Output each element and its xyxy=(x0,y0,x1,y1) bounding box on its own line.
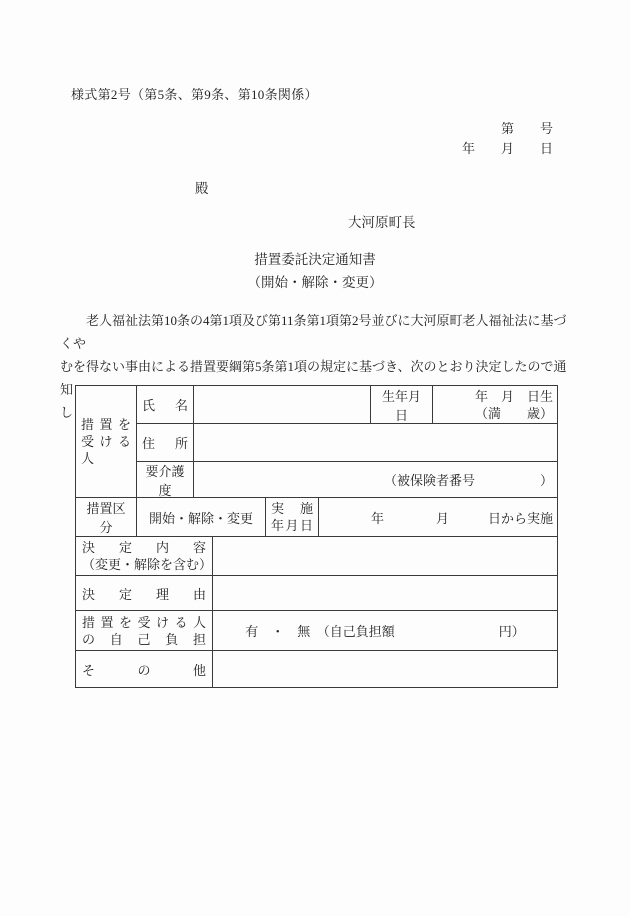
care-level-label: 要介護度 xyxy=(137,462,194,497)
category-options: 開始・解除・変更 xyxy=(137,498,266,536)
table-row-other: その他 xyxy=(76,651,557,687)
self-pay-label: 措置を受ける人 の自己負担 xyxy=(76,611,213,650)
document-title: 措置委託決定通知書 xyxy=(0,248,630,271)
decision-content-value-cell xyxy=(213,537,557,575)
table-row-decision-reason: 決定理由 xyxy=(76,576,557,611)
table-row-address: 住所 xyxy=(137,424,557,462)
table-row-name: 氏名 生年月日 年 月 日生 （満 歳） xyxy=(137,386,557,424)
address-value-cell xyxy=(194,424,557,461)
decision-reason-value-cell xyxy=(213,576,557,610)
document-page: 様式第2号（第5条、第9条、第10条関係） 第 号 年 月 日 殿 大河原町長 … xyxy=(0,0,630,916)
document-date: 年 月 日 xyxy=(462,139,553,159)
title-block: 措置委託決定通知書 （開始・解除・変更） xyxy=(0,248,630,294)
address-label: 住所 xyxy=(137,424,194,461)
table-row-care-level: 要介護度 （被保険者番号 ） xyxy=(137,462,557,497)
document-meta: 第 号 年 月 日 xyxy=(462,119,553,159)
birth-date-label: 生年月日 xyxy=(371,386,433,423)
insured-number-note: （被保険者番号 ） xyxy=(194,462,557,497)
table-row-category: 措置区分 開始・解除・変更 実施 年月日 年 月 日から実施 xyxy=(76,498,557,537)
sender-title: 大河原町長 xyxy=(348,211,416,231)
placement-category-label: 措置区分 xyxy=(76,498,137,536)
birth-date-value: 年 月 日生 （満 歳） xyxy=(433,386,557,423)
person-group-label: 措置を 受ける人 xyxy=(76,386,137,497)
implementation-date-value: 年 月 日から実施 xyxy=(319,498,557,536)
document-subtitle: （開始・解除・変更） xyxy=(0,271,630,294)
form-number: 様式第2号（第5条、第9条、第10条関係） xyxy=(71,84,318,103)
table-row-self-pay: 措置を受ける人 の自己負担 有 ・ 無 （自己負担額 円） xyxy=(76,611,557,651)
table-row-decision-content: 決定内容 （変更・解除を含む） xyxy=(76,537,557,576)
other-value-cell xyxy=(213,651,557,687)
other-label: その他 xyxy=(76,651,213,687)
addressee-honorific: 殿 xyxy=(195,177,209,197)
body-line: 老人福祉法第10条の4第1項及び第11条第1項第2号並びに大河原町老人福祉法に基… xyxy=(60,309,572,355)
name-value-cell xyxy=(194,386,371,423)
document-number: 第 号 xyxy=(462,119,553,139)
implementation-date-label: 実施 年月日 xyxy=(266,498,319,536)
decision-reason-label: 決定理由 xyxy=(76,576,213,610)
self-pay-value: 有 ・ 無 （自己負担額 円） xyxy=(213,611,557,650)
decision-content-label: 決定内容 （変更・解除を含む） xyxy=(76,537,213,575)
person-rows-group: 措置を 受ける人 氏名 生年月日 年 月 日生 （満 歳） xyxy=(76,386,557,498)
name-label: 氏名 xyxy=(137,386,194,423)
placement-table: 措置を 受ける人 氏名 生年月日 年 月 日生 （満 歳） xyxy=(75,385,558,688)
